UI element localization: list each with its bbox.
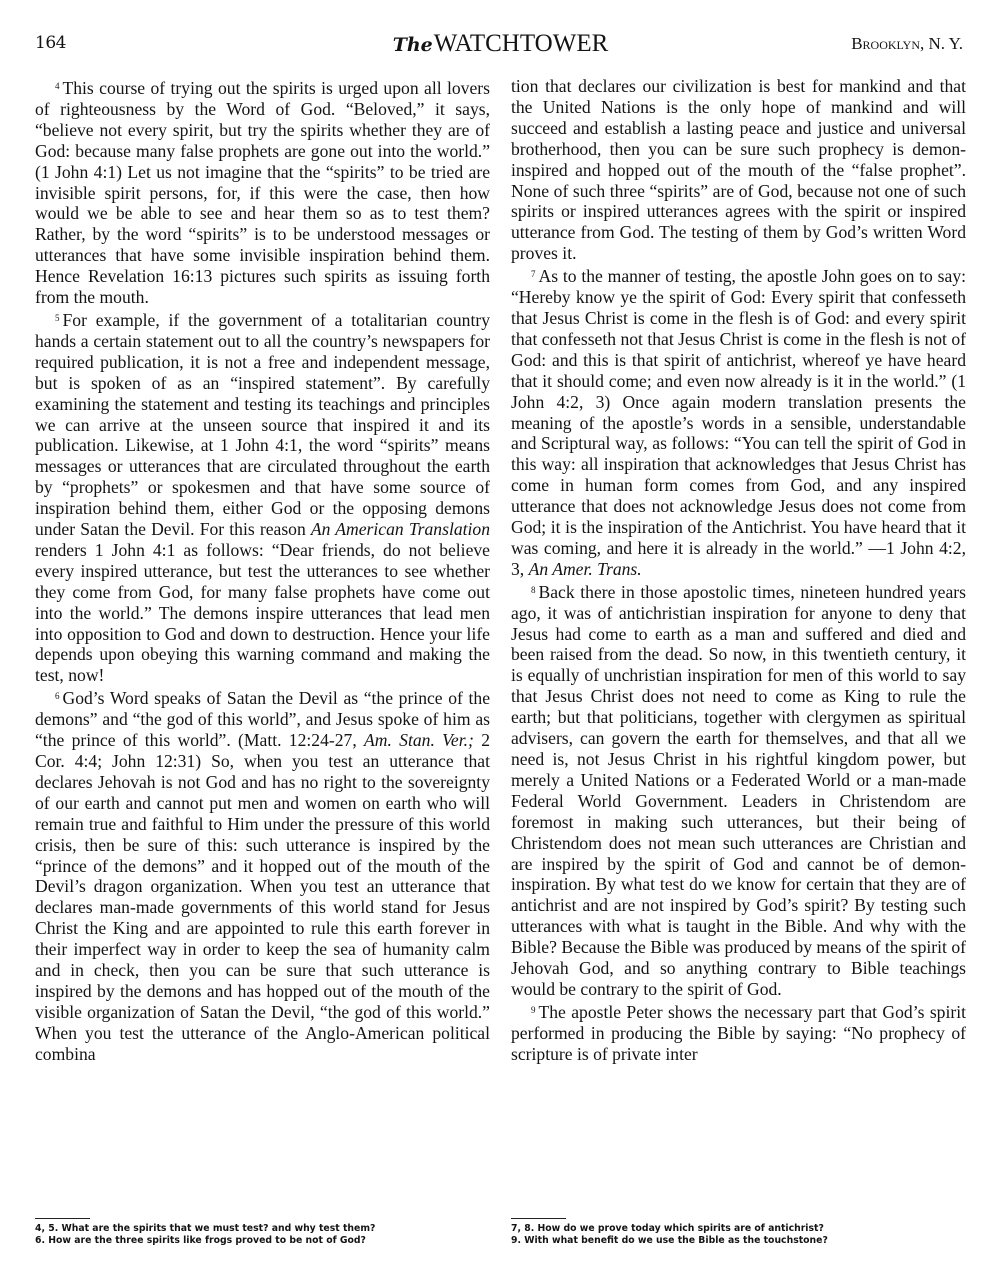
masthead-prefix: The — [393, 34, 433, 56]
italic-citation: An American Translation — [311, 519, 490, 539]
right-column: tion that declares our civilization is b… — [511, 76, 966, 1065]
paragraph: 6God’s Word speaks of Satan the Devil as… — [35, 686, 490, 1064]
paragraph: tion that declares our civilization is b… — [511, 76, 966, 264]
paragraph: 4This course of trying out the spirits i… — [35, 76, 490, 308]
study-question: 4, 5. What are the spirits that we must … — [35, 1223, 490, 1235]
text-segment: As to the manner of testing, the apostle… — [511, 266, 966, 579]
paragraph-number: 9 — [531, 1005, 536, 1015]
footnote-divider — [511, 1218, 566, 1219]
italic-citation: An Amer. Trans. — [529, 559, 642, 579]
masthead-title: WATCHTOWER — [434, 30, 609, 57]
paragraph: 5For example, if the government of a tot… — [35, 308, 490, 686]
paragraph-number: 4 — [55, 81, 60, 91]
text-segment: renders 1 John 4:1 as follows: “Dear fri… — [35, 540, 490, 685]
text-segment: This course of trying out the spirits is… — [35, 78, 490, 307]
paragraph-number: 8 — [531, 585, 536, 595]
study-questions-right: 7, 8. How do we prove today which spirit… — [511, 1214, 966, 1246]
study-questions-left: 4, 5. What are the spirits that we must … — [35, 1214, 490, 1246]
text-segment: Back there in those apostolic times, nin… — [511, 582, 966, 999]
paragraph: 7As to the manner of testing, the apostl… — [511, 264, 966, 580]
text-segment: The apostle Peter shows the necessary pa… — [511, 1002, 966, 1064]
italic-citation: Am. Stan. Ver.; — [364, 730, 474, 750]
text-segment: tion that declares our civilization is b… — [511, 76, 966, 263]
paragraph-number: 6 — [55, 691, 60, 701]
paragraph-number: 7 — [531, 269, 536, 279]
location: Brooklyn, N. Y. — [851, 34, 963, 54]
paragraph: 9The apostle Peter shows the necessary p… — [511, 1000, 966, 1065]
paragraph-number: 5 — [55, 313, 60, 323]
left-column: 4This course of trying out the spirits i… — [35, 76, 490, 1065]
footnote-divider — [35, 1218, 90, 1219]
study-question: 9. With what benefit do we use the Bible… — [511, 1235, 966, 1247]
text-segment: 2 Cor. 4:4; John 12:31) So, when you tes… — [35, 730, 490, 1064]
paragraph: 8Back there in those apostolic times, ni… — [511, 580, 966, 1000]
study-question: 6. How are the three spirits like frogs … — [35, 1235, 490, 1247]
text-segment: For example, if the government of a tota… — [35, 310, 490, 539]
page-header: 164 TheWATCHTOWER Brooklyn, N. Y. — [0, 0, 1001, 60]
study-question: 7, 8. How do we prove today which spirit… — [511, 1223, 966, 1235]
